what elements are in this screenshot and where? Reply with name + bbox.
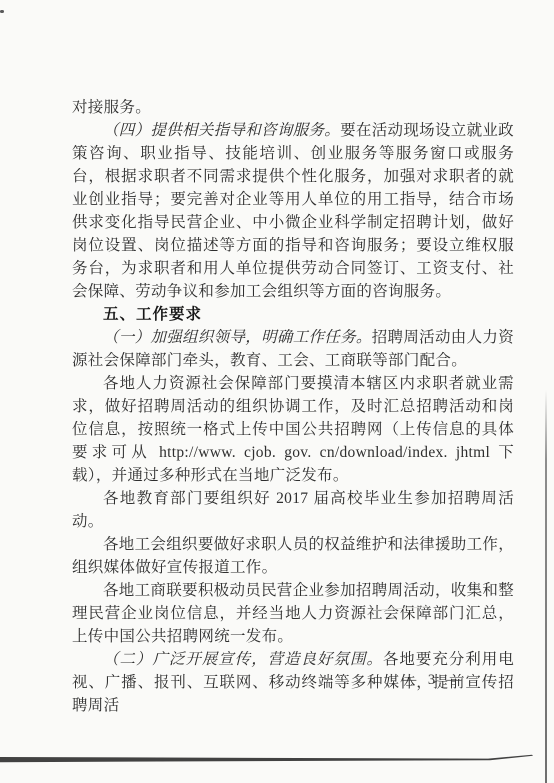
item-lead: （一）加强组织领导，明确工作任务。 <box>103 329 372 346</box>
paragraph-item-1: （一）加强组织领导，明确工作任务。招聘周活动由人力资源社会保障部门牵头，教育、工… <box>72 326 514 372</box>
paragraph-union: 各地工会组织要做好求职人员的权益维护和法律援助工作，组织媒体做好宣传报道工作。 <box>72 533 514 579</box>
page-number: — 3 — <box>396 672 468 689</box>
paragraph-continuation: 对接服务。 <box>72 96 514 119</box>
paragraph-education: 各地教育部门要组织好 2017 届高校毕业生参加招聘周活动。 <box>72 487 514 533</box>
paragraph-hrss: 各地人力资源社会保障部门要摸清本辖区内求职者就业需求，做好招聘周活动的组织协调工… <box>72 372 514 487</box>
document-page: 对接服务。 （四）提供相关指导和咨询服务。要在活动现场设立就业政策咨询、职业指导… <box>0 0 554 783</box>
page-right-edge-artifact <box>545 390 547 783</box>
page-content: 对接服务。 （四）提供相关指导和咨询服务。要在活动现场设立就业政策咨询、职业指导… <box>72 96 514 717</box>
scan-speck-artifact <box>0 10 4 13</box>
item-lead: （二）广泛开展宣传，营造良好氛围。 <box>103 651 383 668</box>
item-lead: （四）提供相关指导和咨询服务。 <box>103 122 340 139</box>
paragraph-federation: 各地工商联要积极动员民营企业参加招聘周活动，收集和整理民营企业岗位信息，并经当地… <box>72 579 514 648</box>
page-bottom-edge-artifact <box>0 754 540 764</box>
section-heading: 五、工作要求 <box>72 303 514 326</box>
paragraph-item-4: （四）提供相关指导和咨询服务。要在活动现场设立就业政策咨询、职业指导、技能培训、… <box>72 119 514 303</box>
paragraph-text: 要在活动现场设立就业政策咨询、职业指导、技能培训、创业服务等服务窗口或服务台，根… <box>72 122 514 300</box>
